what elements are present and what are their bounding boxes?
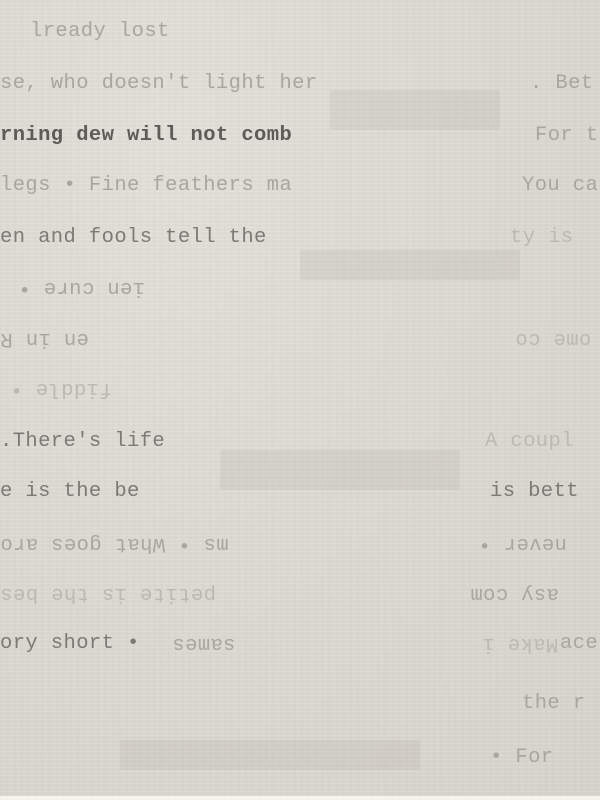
ink-smudge <box>220 450 460 490</box>
mirrored-text-line: Make i <box>482 632 558 655</box>
typewritten-paper: lready lost se, who doesn't light her . … <box>0 0 600 796</box>
text-line: ory short • <box>0 632 140 655</box>
text-line: .There's life <box>0 430 165 453</box>
text-line: • For <box>490 746 554 769</box>
text-line: For t <box>535 124 599 147</box>
mirrored-text-line: never • <box>478 532 567 555</box>
text-line: se, who doesn't light her <box>0 72 318 95</box>
text-line: A coupl <box>485 430 574 453</box>
text-line: the r <box>522 692 586 715</box>
mirrored-text-line: en in R <box>0 327 89 350</box>
text-line: en and fools tell the <box>0 226 267 249</box>
paper-edge <box>0 796 600 800</box>
text-line: ace <box>560 632 598 655</box>
mirrored-text-line: fiddle • <box>10 377 112 400</box>
mirrored-text-line: sames <box>172 632 236 655</box>
text-line: lready lost <box>30 20 170 43</box>
text-line: rning dew will not comb <box>0 124 292 147</box>
mirrored-text-line: petite is the bes <box>0 582 216 605</box>
text-line: ty is <box>510 226 574 249</box>
mirrored-text-line: ms • What goes aro <box>0 532 229 555</box>
ink-smudge <box>120 740 420 770</box>
text-line: You ca <box>522 174 598 197</box>
mirrored-text-line: ien cure • <box>18 276 145 299</box>
ink-smudge <box>330 90 500 130</box>
text-line: legs • Fine feathers ma <box>0 174 292 197</box>
ink-smudge <box>300 250 520 280</box>
mirrored-text-line: asy com <box>470 582 559 605</box>
mirrored-text-line: ome co <box>515 327 591 350</box>
text-line: . Bet <box>530 72 594 95</box>
text-line: is bett <box>490 480 579 503</box>
text-line: e is the be <box>0 480 140 503</box>
